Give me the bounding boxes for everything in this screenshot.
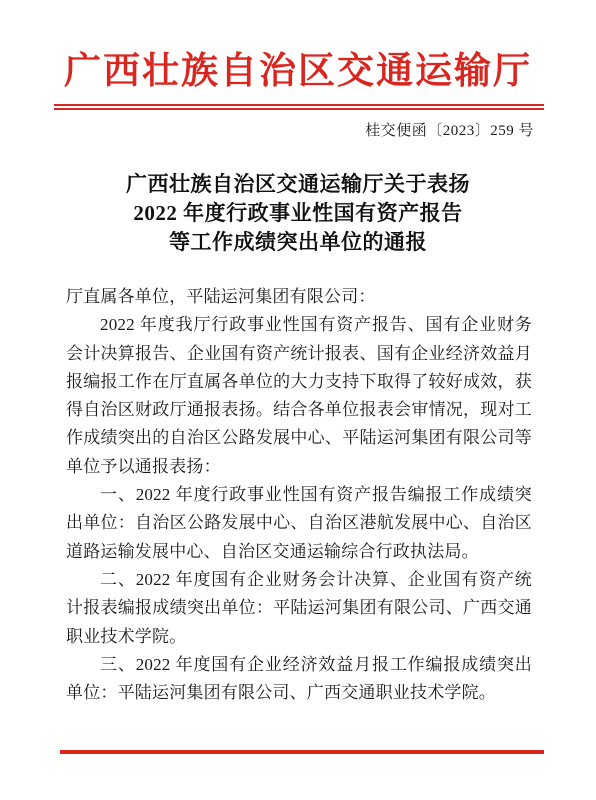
item-2-paragraph: 二、2022 年度国有企业财务会计决算、企业国有资产统计报表编报成绩突出单位：平… bbox=[66, 566, 532, 651]
header-double-red-rule bbox=[54, 104, 544, 110]
org-name-header: 广西壮族自治区交通运输厅 bbox=[0, 50, 596, 94]
footer-red-rule bbox=[60, 750, 544, 754]
document-body: 厅直属各单位，平陆运河集团有限公司： 2022 年度我厅行政事业性国有资产报告、… bbox=[66, 283, 532, 707]
document-title-line-1: 广西壮族自治区交通运输厅关于表扬 bbox=[0, 170, 596, 199]
item-3-paragraph: 三、2022 年度国有企业经济效益月报工作编报成绩突出单位：平陆运河集团有限公司… bbox=[66, 651, 532, 708]
document-page: 广西壮族自治区交通运输厅 桂交便函〔2023〕259 号 广西壮族自治区交通运输… bbox=[0, 0, 596, 800]
document-title-line-3: 等工作成绩突出单位的通报 bbox=[0, 228, 596, 257]
document-title: 广西壮族自治区交通运输厅关于表扬 2022 年度行政事业性国有资产报告 等工作成… bbox=[0, 170, 596, 257]
salutation: 厅直属各单位，平陆运河集团有限公司： bbox=[66, 283, 532, 311]
document-title-line-2: 2022 年度行政事业性国有资产报告 bbox=[0, 199, 596, 228]
intro-paragraph: 2022 年度我厅行政事业性国有资产报告、国有企业财务会计决算报告、企业国有资产… bbox=[66, 311, 532, 481]
item-1-paragraph: 一、2022 年度行政事业性国有资产报告编报工作成绩突出单位：自治区公路发展中心… bbox=[66, 481, 532, 566]
document-number: 桂交便函〔2023〕259 号 bbox=[0, 119, 534, 140]
